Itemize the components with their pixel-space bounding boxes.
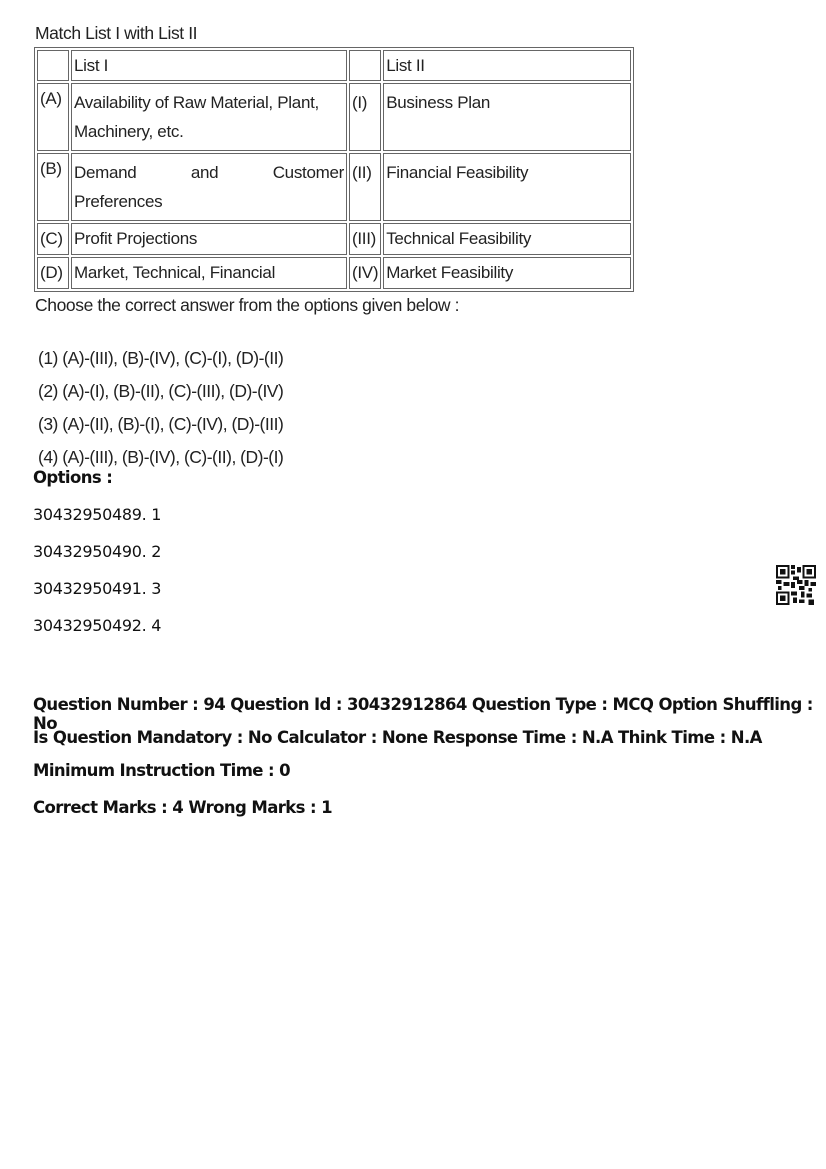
option-item: 30432950492. 4 [33,616,161,635]
list2-item: Technical Feasibility [383,223,631,255]
table-row: (B) Demand and Customer Preferences (II)… [37,153,631,221]
table-row: (D) Market, Technical, Financial (IV) Ma… [37,257,631,289]
list2-item: Market Feasibility [383,257,631,289]
answer-choice: (2) (A)-(I), (B)-(II), (C)-(III), (D)-(I… [38,375,632,408]
table-row: (C) Profit Projections (III) Technical F… [37,223,631,255]
row-label: (D) [37,257,69,289]
question-mandatory-line: Is Question Mandatory : No Calculator : … [33,728,762,747]
roman-label: (IV) [349,257,381,289]
question-image: Match List I with List II List I List II… [30,20,632,474]
list2-item: Financial Feasibility [383,153,631,221]
answer-choice: (3) (A)-(II), (B)-(I), (C)-(IV), (D)-(II… [38,408,632,441]
roman-label: (III) [349,223,381,255]
roman-label: (II) [349,153,381,221]
answer-choice: (4) (A)-(III), (B)-(IV), (C)-(II), (D)-(… [38,441,632,474]
list1-item: Market, Technical, Financial [71,257,347,289]
row-label: (A) [37,83,69,151]
marks-line: Correct Marks : 4 Wrong Marks : 1 [33,798,332,817]
list1-item: Demand and Customer Preferences [71,153,347,221]
header-cell [349,50,381,81]
answer-choices: (1) (A)-(III), (B)-(IV), (C)-(I), (D)-(I… [38,342,632,474]
row-label: (C) [37,223,69,255]
list1-item: Availability of Raw Material, Plant, Mac… [71,83,347,151]
question-intro: Match List I with List II [35,23,632,44]
options-heading: Options : [33,468,112,487]
option-item: 30432950489. 1 [33,505,161,524]
header-cell [37,50,69,81]
question-instruction: Choose the correct answer from the optio… [35,295,632,316]
option-item: 30432950490. 2 [33,542,161,561]
minimum-instruction-time: Minimum Instruction Time : 0 [33,761,290,780]
roman-label: (I) [349,83,381,151]
qr-code-icon [776,565,816,605]
header-list-1: List I [71,50,347,81]
list2-item: Business Plan [383,83,631,151]
list1-item: Profit Projections [71,223,347,255]
match-table: List I List II (A) Availability of Raw M… [34,47,634,292]
header-list-2: List II [383,50,631,81]
table-row: (A) Availability of Raw Material, Plant,… [37,83,631,151]
row-label: (B) [37,153,69,221]
option-item: 30432950491. 3 [33,579,161,598]
table-header-row: List I List II [37,50,631,81]
answer-choice: (1) (A)-(III), (B)-(IV), (C)-(I), (D)-(I… [38,342,632,375]
